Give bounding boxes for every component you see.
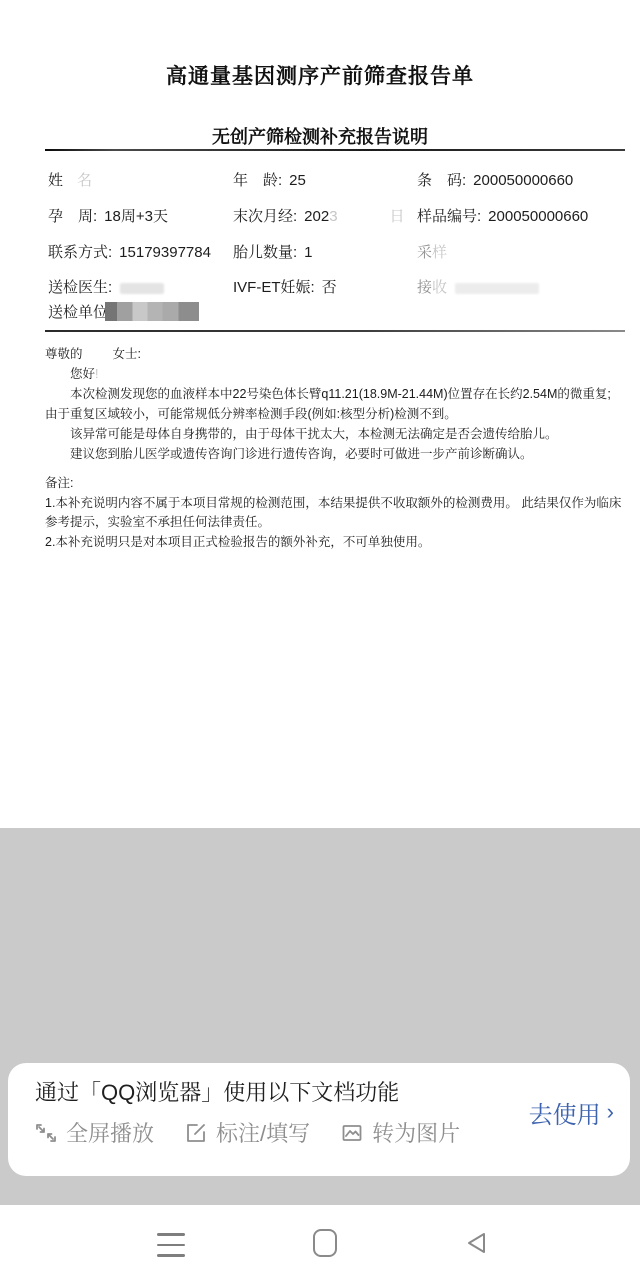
field-barcode: 条 码:200050000660 — [417, 169, 628, 190]
remark-1: 1.本补充说明内容不属于本项目常规的检测范围，本结果提供不收取额外的检测费用。 … — [45, 494, 625, 533]
go-use-button[interactable]: 去使用› — [529, 1095, 614, 1130]
redacted-value — [120, 283, 164, 294]
back-icon — [464, 1230, 490, 1261]
field-ivf: IVF-ET妊娠:否 — [233, 276, 417, 297]
field-gestation: 孕 周:18周+3天 — [48, 205, 233, 226]
letter-body: 尊敬的女士: 您好! 本次检测发现您的血液样本中22号染色体长臂q11.21(1… — [45, 344, 622, 464]
qq-banner: 通过「QQ浏览器」使用以下文档功能 去使用› 全屏播放 — [8, 1063, 630, 1176]
remarks-title: 备注: — [45, 474, 625, 494]
info-row-5: 送检单位 — [48, 301, 628, 322]
field-phone: 联系方式:15179397784 — [48, 241, 233, 262]
paragraph-3: 建议您到胎儿医学或遗传咨询门诊进行遗传咨询，必要时可做进一步产前诊断确认。 — [45, 444, 622, 464]
menu-button[interactable] — [149, 1223, 193, 1267]
greeting: 您好! — [45, 364, 622, 384]
info-row-2: 孕 周:18周+3天 末次月经:2023日 样品编号:200050000660 — [48, 205, 628, 226]
report-subtitle: 无创产筛检测补充报告说明 — [0, 123, 640, 149]
nav-bar — [0, 1205, 640, 1282]
chevron-right-icon: › — [607, 1101, 614, 1123]
screen: 高通量基因测序产前筛查报告单 无创产筛检测补充报告说明 姓名 年 龄:25 条 … — [0, 0, 640, 1282]
info-row-3: 联系方式:15179397784 胎儿数量:1 采样 — [48, 241, 628, 262]
fullscreen-icon — [34, 1121, 58, 1145]
back-button[interactable] — [455, 1223, 499, 1267]
paragraph-2: 该异常可能是母体自身携带的，由于母体干扰太大，本检测无法确定是否会遗传给胎儿。 — [45, 424, 622, 444]
redacted-value — [455, 283, 539, 294]
banner-title: 通过「QQ浏览器」使用以下文档功能 — [35, 1076, 399, 1107]
feature-fullscreen[interactable]: 全屏播放 — [34, 1117, 154, 1148]
document-page: 高通量基因测序产前筛查报告单 无创产筛检测补充报告说明 姓名 年 龄:25 条 … — [0, 0, 640, 828]
redaction-mosaic — [105, 302, 199, 321]
field-fetus-count: 胎儿数量:1 — [233, 241, 417, 262]
menu-icon — [157, 1225, 185, 1265]
feature-annotate[interactable]: 标注/填写 — [184, 1117, 310, 1148]
paragraph-1: 本次检测发现您的血液样本中22号染色体长臂q11.21(18.9M-21.44M… — [45, 384, 622, 424]
feature-label: 转为图片 — [372, 1117, 460, 1148]
field-age: 年 龄:25 — [233, 169, 417, 190]
info-row-1: 姓名 年 龄:25 条 码:200050000660 — [48, 169, 628, 190]
field-unit: 送检单位 — [48, 301, 628, 322]
divider-top — [45, 149, 625, 151]
home-icon — [312, 1228, 338, 1263]
banner-features: 全屏播放 标注/填写 转为图片 — [34, 1117, 460, 1148]
report-title: 高通量基因测序产前筛查报告单 — [0, 60, 640, 90]
field-name: 姓名 — [48, 169, 233, 190]
home-button[interactable] — [303, 1223, 347, 1267]
image-icon — [340, 1121, 364, 1145]
annotate-icon — [184, 1121, 208, 1145]
field-lmp: 末次月经:2023日 — [233, 205, 417, 226]
field-receive: 接收 — [417, 276, 628, 297]
remarks-section: 备注: 1.本补充说明内容不属于本项目常规的检测范围，本结果提供不收取额外的检测… — [45, 474, 625, 552]
feature-convert-image[interactable]: 转为图片 — [340, 1117, 460, 1148]
remark-2: 2.本补充说明只是对本项目正式检验报告的额外补充，不可单独使用。 — [45, 533, 625, 553]
feature-label: 标注/填写 — [216, 1117, 310, 1148]
feature-label: 全屏播放 — [66, 1117, 154, 1148]
field-sampling: 采样 — [417, 241, 628, 262]
field-sample-no: 样品编号:200050000660 — [417, 205, 628, 226]
field-doctor: 送检医生: — [48, 276, 233, 297]
salutation: 尊敬的女士: — [45, 344, 622, 364]
divider-bottom — [45, 330, 625, 332]
info-row-4: 送检医生: IVF-ET妊娠:否 接收 — [48, 276, 628, 297]
